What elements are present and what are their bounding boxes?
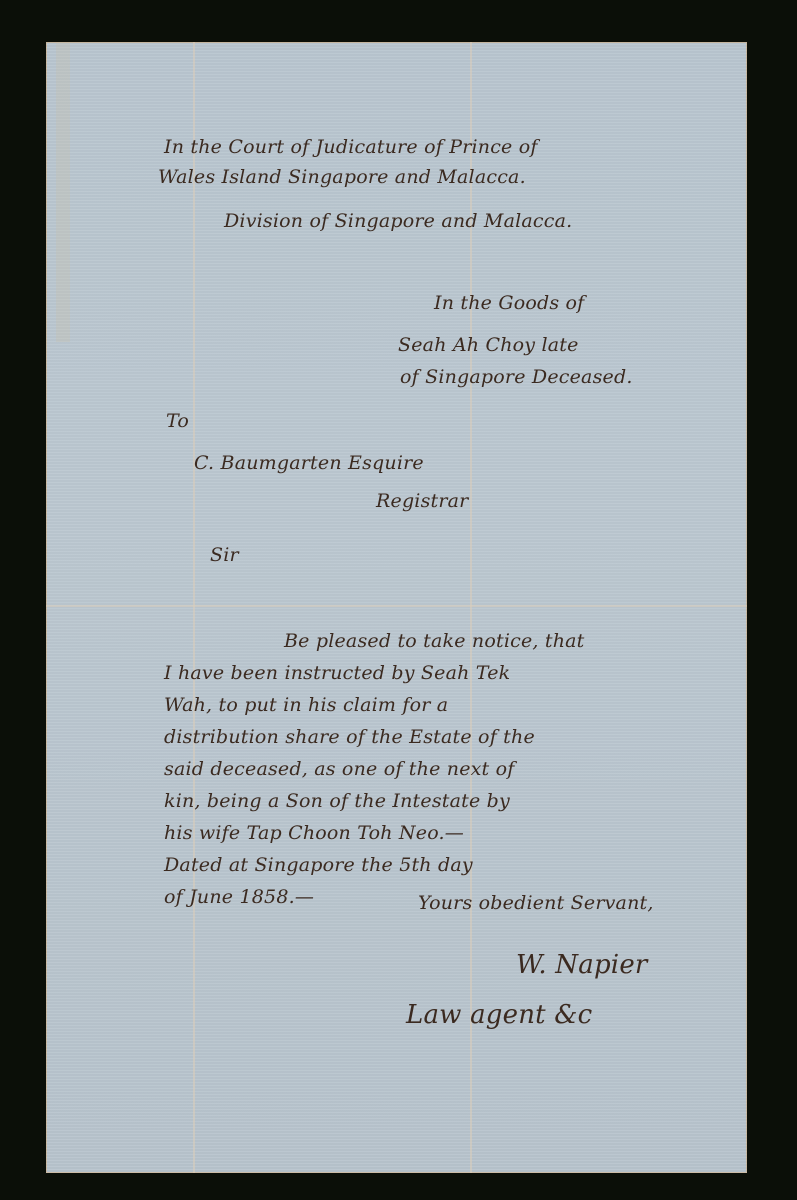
fold-line-horizontal (46, 605, 747, 607)
heading-line-3: Division of Singapore and Malacca. (224, 210, 572, 232)
matter-line-3: of Singapore Deceased. (400, 366, 633, 388)
matter-line-1: In the Goods of (434, 292, 584, 314)
heading-line-1: In the Court of Judicature of Prince of (164, 136, 538, 158)
body-line-4: distribution share of the Estate of the (164, 726, 535, 748)
body-line-8: Dated at Singapore the 5th day (164, 854, 473, 876)
fold-line-left (193, 42, 195, 1173)
body-line-3: Wah, to put in his claim for a (164, 694, 448, 716)
closing: Yours obedient Servant, (418, 892, 654, 914)
body-line-2: I have been instructed by Seah Tek (164, 662, 510, 684)
letter-page: In the Court of Judicature of Prince of … (46, 42, 747, 1173)
heading-line-2: Wales Island Singapore and Malacca. (158, 166, 526, 188)
body-line-1: Be pleased to take notice, that (284, 630, 585, 652)
body-line-5: said deceased, as one of the next of (164, 758, 515, 780)
paper-stain (56, 42, 70, 342)
body-line-6: kin, being a Son of the Intestate by (164, 790, 510, 812)
addressee-to: To (166, 410, 189, 432)
addressee-title: Registrar (376, 490, 468, 512)
matter-line-2: Seah Ah Choy late (398, 334, 579, 356)
signature: W. Napier (516, 950, 648, 980)
body-line-9: of June 1858.— (164, 886, 314, 908)
body-line-7: his wife Tap Choon Toh Neo.— (164, 822, 464, 844)
salutation: Sir (210, 544, 239, 566)
addressee-name: C. Baumgarten Esquire (194, 452, 424, 474)
signature-title: Law agent &c (406, 1000, 592, 1030)
